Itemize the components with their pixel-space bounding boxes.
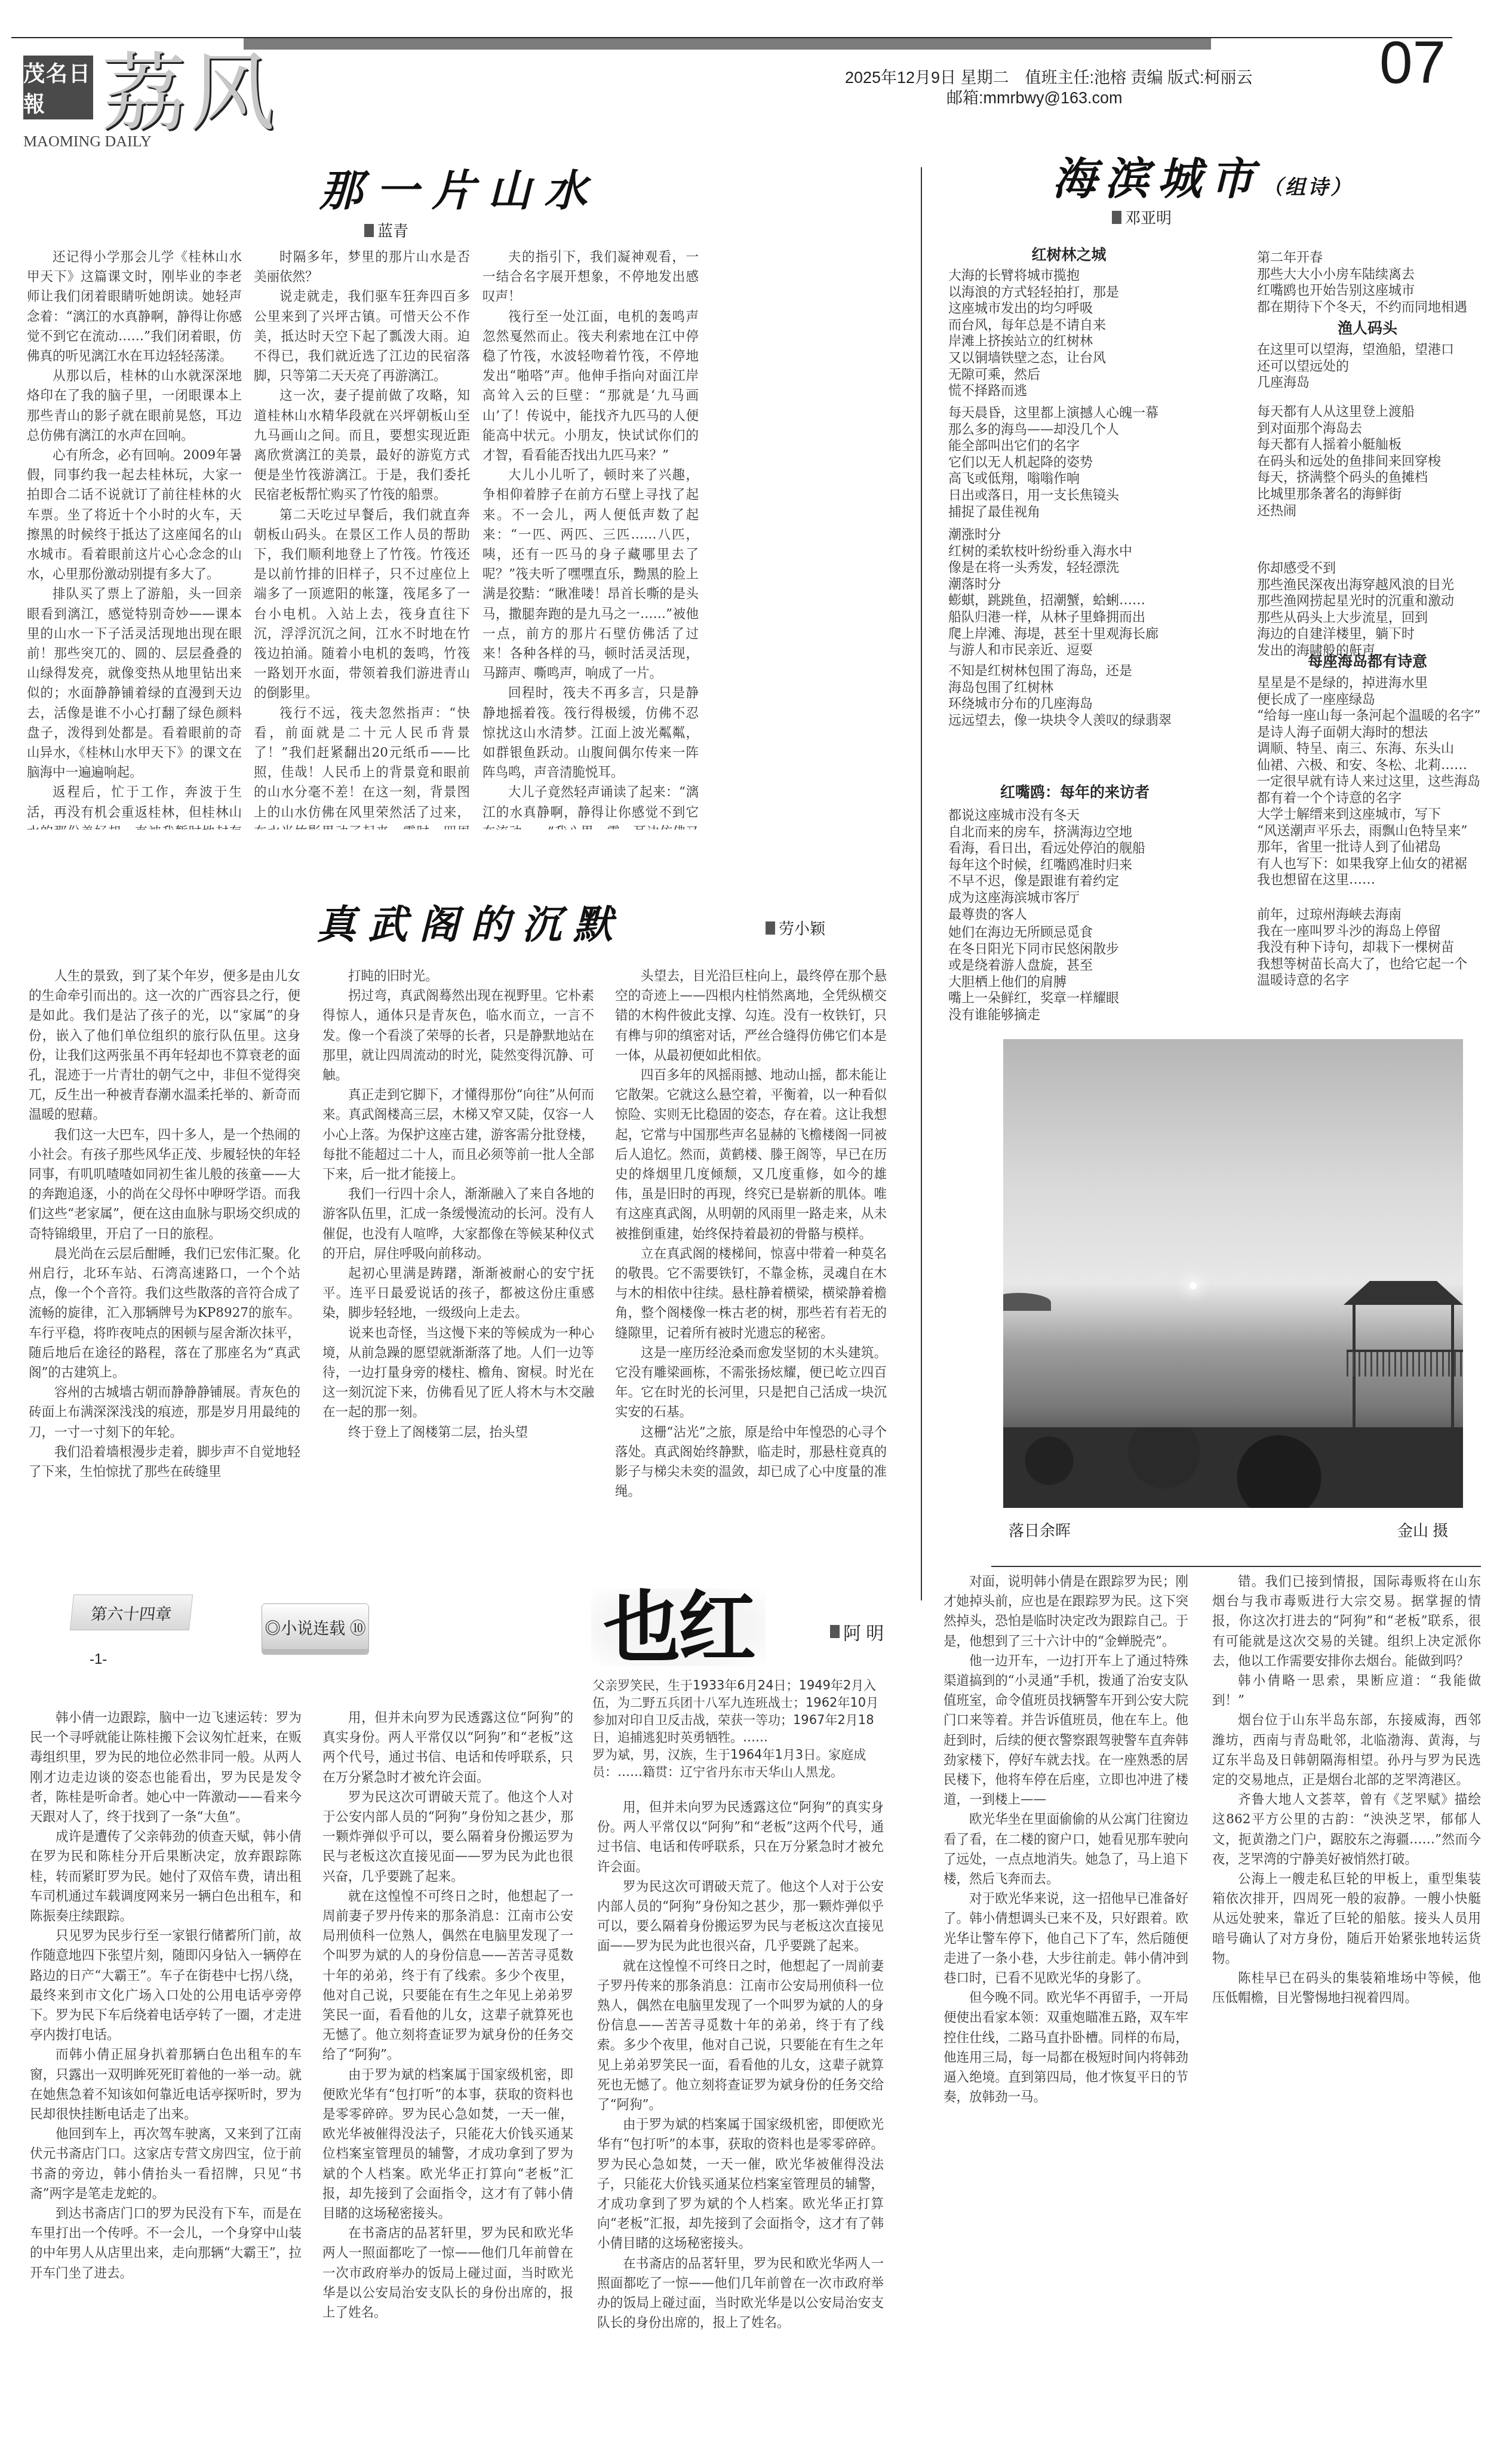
paragraph: 公海上一艘走私巨轮的甲板上，重型集装箱依次排开，四周死一般的寂静。一艘小快艇从远… (1212, 1869, 1481, 1968)
article-1-column-2: 时隔多年，梦里的那片山水是否美丽依然？说走就走，我们驱车狂奔四百多公里来到了兴坪… (254, 247, 470, 829)
poems-title: 海滨城市 (1052, 153, 1262, 205)
paragraph: 人生的景致，到了某个年岁，便多是由儿女的生命牵引而出的。这一次的广西容县之行，便… (29, 966, 300, 1125)
paragraph: 在书斋店的品茗轩里，罗为民和欧光华两人一照面都吃了一惊——他们几年前曾在一次市政… (322, 2223, 573, 2322)
paragraph: 用，但并未向罗为民透露这位“阿狗”的真实身份。两人平常仅以“阿狗”和“老板”这两… (597, 1798, 884, 1877)
paragraph: 四百多年的风摇雨撼、地动山摇，都未能让它散架。它就这么悬空着，平衡着，以一种看似… (615, 1065, 887, 1244)
paragraph: 立在真武阁的楼梯间，惊喜中带着一种莫名的敬畏。它不需要铁钉，不靠金栋，灵魂自在木… (615, 1244, 887, 1343)
paragraph: 用，但并未向罗为民透露这位“阿狗”的真实身份。两人平常仅以“阿狗”和“老板”这两… (322, 1708, 573, 1787)
paragraph: 韩小倩略一思索，果断应道：“我能做到！” (1212, 1671, 1481, 1710)
paragraph: 大儿小儿听了，顿时来了兴趣，争相仰着脖子在前方石壁上寻找了起来。不一会儿，两人便… (482, 465, 699, 683)
paragraph: 心有所念，必有回响。2009年暑假，同事约我一起去桂林玩，大家一拍即合二话不说就… (27, 446, 242, 584)
poem-stanza: 前年，过琼州海峡去海南 我在一座叫罗斗沙的海岛上停留 我没有种下诗句，却栽下一棵… (1257, 907, 1508, 989)
novel-column-middle: 用，但并未向罗为民透露这位“阿狗”的真实身份。两人平常仅以“阿狗”和“老板”这两… (597, 1798, 884, 2448)
poems-headline: 海滨城市（组诗） (1052, 157, 1353, 201)
serial-tag: ◎小说连载 ⑩ (262, 1603, 369, 1650)
sun-shape (1190, 1282, 1197, 1289)
paragraph: 由于罗为斌的档案属于国家级机密，即便欧光华有“包打听”的本事，获取的资料也是零零… (597, 2115, 884, 2253)
paragraph: 夫的指引下，我们凝神观看，一一结合名字展开想象，不停地发出感叹声！ (482, 247, 699, 307)
novel-title: 也红 (591, 1589, 766, 1666)
poem-stanza: 第二年开春 那些大大小小房车陆续离去 红嘴鸥也开始告别这座城市 都在期待下个冬天… (1257, 250, 1508, 315)
paragraph: 我们沿着墙根漫步走着，脚步声不自觉地轻了下来，生怕惊扰了那些在砖缝里 (29, 1442, 300, 1482)
paragraph: 成许是遭传了父亲韩劲的侦查天赋，韩小倩在罗为民和陈桂分开后果断决定，放弃跟踪陈桂… (30, 1827, 302, 1926)
paragraph: 在书斋店的品茗轩里，罗为民和欧光华两人一照面都吃了一惊——他们几年前曾在一次市政… (597, 2254, 884, 2333)
byline-marker-icon (364, 224, 374, 237)
novel-byline: 阿 明 (830, 1618, 884, 1645)
contact-email[interactable]: 邮箱:mmrbwy@163.com (946, 85, 1122, 108)
paragraph: 筏行不远，筏夫忽然指声：“快看，前面就是二十元人民币背景了！”我们赶紧翻出20元… (254, 703, 470, 829)
paragraph: 只见罗为民步行至一家银行储蓄所门前，故作随意地四下张望片刻，随即闪身钻入一辆停在… (30, 1926, 302, 2045)
poem-stanza: 你却感受不到 那些渔民深夜出海穿越风浪的目光 那些渔网捞起星光时的沉重和激动 那… (1257, 560, 1508, 659)
pavilion-railing (1347, 1350, 1463, 1377)
paragraph: 拐过弯，真武阁蓦然出现在视野里。它朴素得惊人，通体只是青灰色，临水而立，一言不发… (322, 986, 594, 1085)
novel-author: 阿 明 (843, 1618, 884, 1645)
paragraph: 错。我们已接到情报，国际毒贩将在山东烟台与我市毒贩进行大宗交易。据掌握的情报，你… (1212, 1572, 1481, 1671)
article-1-author: 蓝青 (377, 219, 408, 241)
paragraph: 罗为民这次可谓破天荒了。他这个人对于公安内部人员的“阿狗”身份知之甚少，那一颗炸… (597, 1877, 884, 1956)
paragraph: 容州的古城墙古朝而静静静铺展。青灰色的砖面上布满深深浅浅的痕迹，那是岁月用最纯的… (29, 1382, 300, 1442)
paragraph: 他回到车上，再次驾车驶离，又来到了江南伏元书斋店门口。这家店专营文房四宝，位于前… (30, 2124, 302, 2204)
paragraph: 返程后，忙于工作，奔波于生活，再没有机会重返桂林，但桂林山水的那份美好却一直被我… (27, 782, 242, 829)
poem-stanza: 每天都有人从这里登上渡船 到对面那个海岛去 每天都有人摇着小艇舢板 在码头和远处… (1257, 404, 1508, 519)
paragraph: 韩小倩一边跟踪，脑中一边飞速运转：罗为民一个寻呼就能让陈桂搬下会议匆忙赶来，在贩… (30, 1708, 302, 1827)
paragraph: 罗为民这次可谓破天荒了。他这个人对于公安内部人员的“阿狗”身份知之甚少，那一颗炸… (322, 1787, 573, 1887)
article-2-byline: 劳小颖 (766, 917, 825, 939)
paragraph: 到达书斋店门口的罗为民没有下车，而是在车里打出一个传呼。不一会儿，一个身穿中山装… (30, 2204, 302, 2283)
section-divider (991, 1566, 1481, 1567)
chapter-tag: 第六十四章 (70, 1594, 193, 1630)
paragraph: 排队买了票上了游船，头一回亲眼看到漓江，感觉特别奇妙——课本里的山水一下子活灵活… (27, 584, 242, 782)
poem-stanza: 都说这座城市没有冬天 自北而来的房车，挤满海边空地 看海，看日出，看远处停泊的舰… (948, 807, 1229, 923)
paragraph: 我们这一大巴车，四十多人，是一个热闹的小社会。有孩子那些风华正茂、步履轻快的年轻… (29, 1125, 300, 1244)
trees-shape (1003, 1427, 1463, 1508)
novel-column-2: 用，但并未向罗为民透露这位“阿狗”的真实身份。两人平常仅以“阿狗”和“老板”这两… (322, 1708, 573, 2448)
hill-shape (1003, 1293, 1051, 1311)
paragraph: 起初心里满是踌躇，渐渐被耐心的安宁抚平。连平日最爱说话的孩子，都被这份庄重感染，… (322, 1264, 594, 1323)
novel-column-3: 对面，说明韩小倩是在跟踪罗为民；刚才她掉头前，应也是在跟踪罗为民。这下突然掉头，… (943, 1572, 1188, 2450)
paragraph: 而韩小倩正屈身扒着那辆白色出租车的车窗，只露出一双明眸死死盯着他的一举一动。就在… (30, 2045, 302, 2124)
paragraph: 真正走到它脚下，才懂得那份“向往”从何而来。真武阁楼高三层，木梯又窄又陡，仅容一… (322, 1085, 594, 1184)
paragraph: 陈桂早已在码头的集装箱堆场中等候，他压低帽檐，目光警惕地扫视着四周。 (1212, 1968, 1481, 2008)
article-2-column-2: 打盹的旧时光。拐过弯，真武阁蓦然出现在视野里。它朴素得惊人，通体只是青灰色，临水… (322, 966, 594, 1581)
article-2-column-1: 人生的景致，到了某个年岁，便多是由儿女的生命牵引而出的。这一次的广西容县之行，便… (29, 966, 300, 1581)
pavilion-roof (1344, 1281, 1463, 1305)
paragraph: 还记得小学那会儿学《桂林山水甲天下》这篇课文时，刚毕业的李老师让我们闭着眼睛听她… (27, 247, 242, 366)
paragraph: 说走就走，我们驱车狂奔四百多公里来到了兴坪古镇。可惜天公不作美，抵达时天空下起了… (254, 287, 470, 386)
poem-stanza: 不知是红树林包围了海岛，还是 海岛包围了红树林 环绕城市分布的几座海岛 远远望去… (948, 663, 1229, 729)
paragraph: 打盹的旧时光。 (322, 966, 594, 986)
poem-stanza: 大学士解缙来到这座城市，写下 “风送潮声平乐去，雨飘山色特呈来” 那年，省里一批… (1257, 806, 1508, 889)
poems-title-suffix: （组诗） (1262, 176, 1353, 199)
section-title: 荔风 (102, 51, 278, 136)
poem-heading-pier: 渔人码头 (1257, 317, 1478, 338)
poem-heading-gulls: 红嘴鸥：每年的来访者 (949, 781, 1200, 802)
poem-stanza: 大海的长臂将城市揽抱 以海浪的方式轻轻拍打，那是 这座城市发出的均匀呼吸 而台风… (948, 268, 1229, 400)
paragraph: 这是一座历经沧桑而愈发坚韧的木头建筑。它没有雕梁画栋，不需张扬炫耀，便已屹立四百… (615, 1343, 887, 1423)
masthead-bar (244, 38, 1211, 50)
poem-stanza: 潮涨时分 红树的柔软枝叶纷纷垂入海水中 像是在将一头秀发，轻轻漂洗 潮落时分 蟛… (948, 527, 1229, 659)
poem-stanza: 星星是不是绿的，掉进海水里 便长成了一座座绿岛 “给每一座山每一条河起个温暖的名… (1257, 675, 1508, 741)
paragraph: 终于登上了阁楼第二层，抬头望 (322, 1423, 594, 1442)
article-2-headline: 真武阁的沉默 (316, 905, 625, 944)
poems-author: 邓亚明 (1125, 206, 1172, 228)
byline-marker-icon (1112, 211, 1121, 224)
article-1-column-3: 夫的指引下，我们凝神观看，一一结合名字展开想象，不停地发出感叹声！筏行至一处江面… (482, 247, 699, 829)
poem-stanza: 每天晨昏，这里都上演撼人心魄一幕 那么多的海鸟——却没几个人 能全部叫出它们的名… (948, 405, 1229, 520)
paragraph: 就在这惶惶不可终日之时，他想起了一周前妻子罗丹传来的那条消息：江南市公安局刑侦科… (322, 1887, 573, 2065)
paragraph: 晨光尚在云层后酣睡，我们已宏伟汇聚。化州启行，北环车站、石湾高速路口，一个个站点… (29, 1244, 300, 1382)
poem-stanza: 她们在海边无所顾忌觅食 在冬日阳光下同市民悠闲散步 或是绕着游人盘旋，甚至 大胆… (948, 924, 1229, 1024)
paragraph: 齐鲁大地人文荟萃，曾有《芝罘赋》描绘这862平方公里的古韵：“泱泱芝罘，郁郁人文… (1212, 1790, 1481, 1869)
paragraph: 说来也奇怪，当这慢下来的等候成为一种心境，从前急躁的愿望就渐渐落了地。人们一边等… (322, 1323, 594, 1423)
paragraph: 烟台位于山东半岛东部，东接威海，西邻潍坊，西南与青岛毗邻，北临渤海、黄海，与辽东… (1212, 1710, 1481, 1790)
paragraph: 回程时，筏夫不再多言，只是静静地摇着筏。筏行得极缓，仿佛不忍惊扰这山水清梦。江面… (482, 683, 699, 782)
paragraph: 大儿子竟然轻声诵读了起来：“漓江的水真静啊，静得让你感觉不到它在流动……”我心里… (482, 782, 699, 829)
paragraph: 就在这惶惶不可终日之时，他想起了一周前妻子罗丹传来的那条消息：江南市公安局刑侦科… (597, 1956, 884, 2115)
paragraph: 由于罗为斌的档案属于国家级机密，即便欧光华有“包打听”的本事，获取的资料也是零零… (322, 2065, 573, 2224)
paragraph: 从那以后，桂林的山水就深深地烙印在了我的脑子里，一闭眼课本上那些青山的影子就在眼… (27, 366, 242, 446)
newspaper-logo: 茂名日報 (23, 56, 93, 119)
chapter-section-number: -1- (90, 1651, 107, 1668)
page-number: 07 (1379, 33, 1446, 93)
paragraph: 对于欧光华来说，这一招他早已准备好了。韩小倩想调头已来不及，只好跟着。欧光华让警… (943, 1889, 1188, 1988)
paragraph: 时隔多年，梦里的那片山水是否美丽依然？ (254, 247, 470, 287)
column-divider (921, 167, 922, 1600)
novel-column-1: 韩小倩一边跟踪，脑中一边飞速运转：罗为民一个寻呼就能让陈桂搬下会议匆忙赶来，在贩… (30, 1708, 302, 2448)
byline-marker-icon (766, 921, 775, 935)
paragraph: 第二天吃过早餐后，我们就直奔朝板山码头。在景区工作人员的帮助下，我们顺利地登上了… (254, 505, 470, 703)
poem-stanza: 在这里可以望海，望渔船，望港口 还可以望远处的 几座海岛 (1257, 342, 1508, 391)
poem-heading-islands: 每座海岛都有诗意 (1257, 650, 1478, 671)
photo-caption: 落日余晖 (1009, 1519, 1071, 1541)
paragraph: 他一边开车，一边打开车上了通过特殊渠道搞到的“小灵通”手机，拨通了治安支队值班室… (943, 1651, 1188, 1810)
article-2-author: 劳小颖 (779, 917, 825, 939)
paragraph: 我们一行四十余人，渐渐融入了来自各地的游客队伍里，汇成一条缓慢流动的长河。没有人… (322, 1184, 594, 1264)
paragraph: 欧光华坐在里面偷偷的从公寓门往窗边看了看，在二楼的窗户口，她看见那车驶向了远处，… (943, 1809, 1188, 1889)
paragraph: 头望去，目光沿巨柱向上，最终停在那个悬空的奇迹上——四根内柱悄然离地，全凭纵横交… (615, 966, 887, 1065)
novel-archive-note: 父亲罗笑民，生于1933年6月24日；1949年2月入伍，为二野五兵团十八军九连… (592, 1677, 891, 1781)
novel-note-tail: 罗为斌，男，汉族，生于1964年1月3日。家庭成员：……籍贯：辽宁省丹东市天华山… (592, 1747, 866, 1779)
novel-column-4: 错。我们已接到情报，国际毒贩将在山东烟台与我市毒贩进行大宗交易。据掌握的情报，你… (1212, 1572, 1481, 2450)
photo-credit: 金山 摄 (1397, 1519, 1448, 1541)
poem-heading-mangrove: 红树林之城 (949, 243, 1188, 265)
paragraph: 对面，说明韩小倩是在跟踪罗为民；刚才她掉头前，应也是在跟踪罗为民。这下突然掉头，… (943, 1572, 1188, 1651)
paragraph: 但今晚不同。欧光华不再留手，一开局便使出看家本领：双重炮瞄准五路，双车牢控住仕线… (943, 1988, 1188, 2107)
article-1-headline: 那一片山水 (319, 169, 600, 212)
novel-note-text: 父亲罗笑民，生于1933年6月24日；1949年2月入伍，为二野五兵团十八军九连… (592, 1678, 878, 1744)
article-1-byline: 蓝青 (364, 219, 408, 241)
poem-stanza: 调顺、特呈、南三、东海、东头山 仙裙、六极、和安、冬松、北莉…… 一定很早就有诗… (1257, 741, 1508, 806)
sunset-pavilion-photo (1003, 1039, 1463, 1508)
paragraph: 筏行至一处江面，电机的轰鸣声忽然戛然而止。筏夫利索地在江中停稳了竹筏，水波轻吻着… (482, 307, 699, 466)
byline-marker-icon (830, 1625, 840, 1638)
paragraph: 这一次，妻子提前做了攻略，知道桂林山水精华段就在兴坪朝板山至九马画山之间。而且，… (254, 386, 470, 505)
article-1-column-1: 还记得小学那会儿学《桂林山水甲天下》这篇课文时，刚毕业的李老师让我们闭着眼睛听她… (27, 247, 242, 829)
article-2-column-3: 头望去，目光沿巨柱向上，最终停在那个悬空的奇迹上——四根内柱悄然离地，全凭纵横交… (615, 966, 887, 1581)
paragraph: 这栅“沾光”之旅，原是给中年惶恐的心寻个落处。真武阁始终静默，临走时，那悬柱竟真… (615, 1423, 887, 1502)
poems-byline: 邓亚明 (1112, 206, 1172, 228)
